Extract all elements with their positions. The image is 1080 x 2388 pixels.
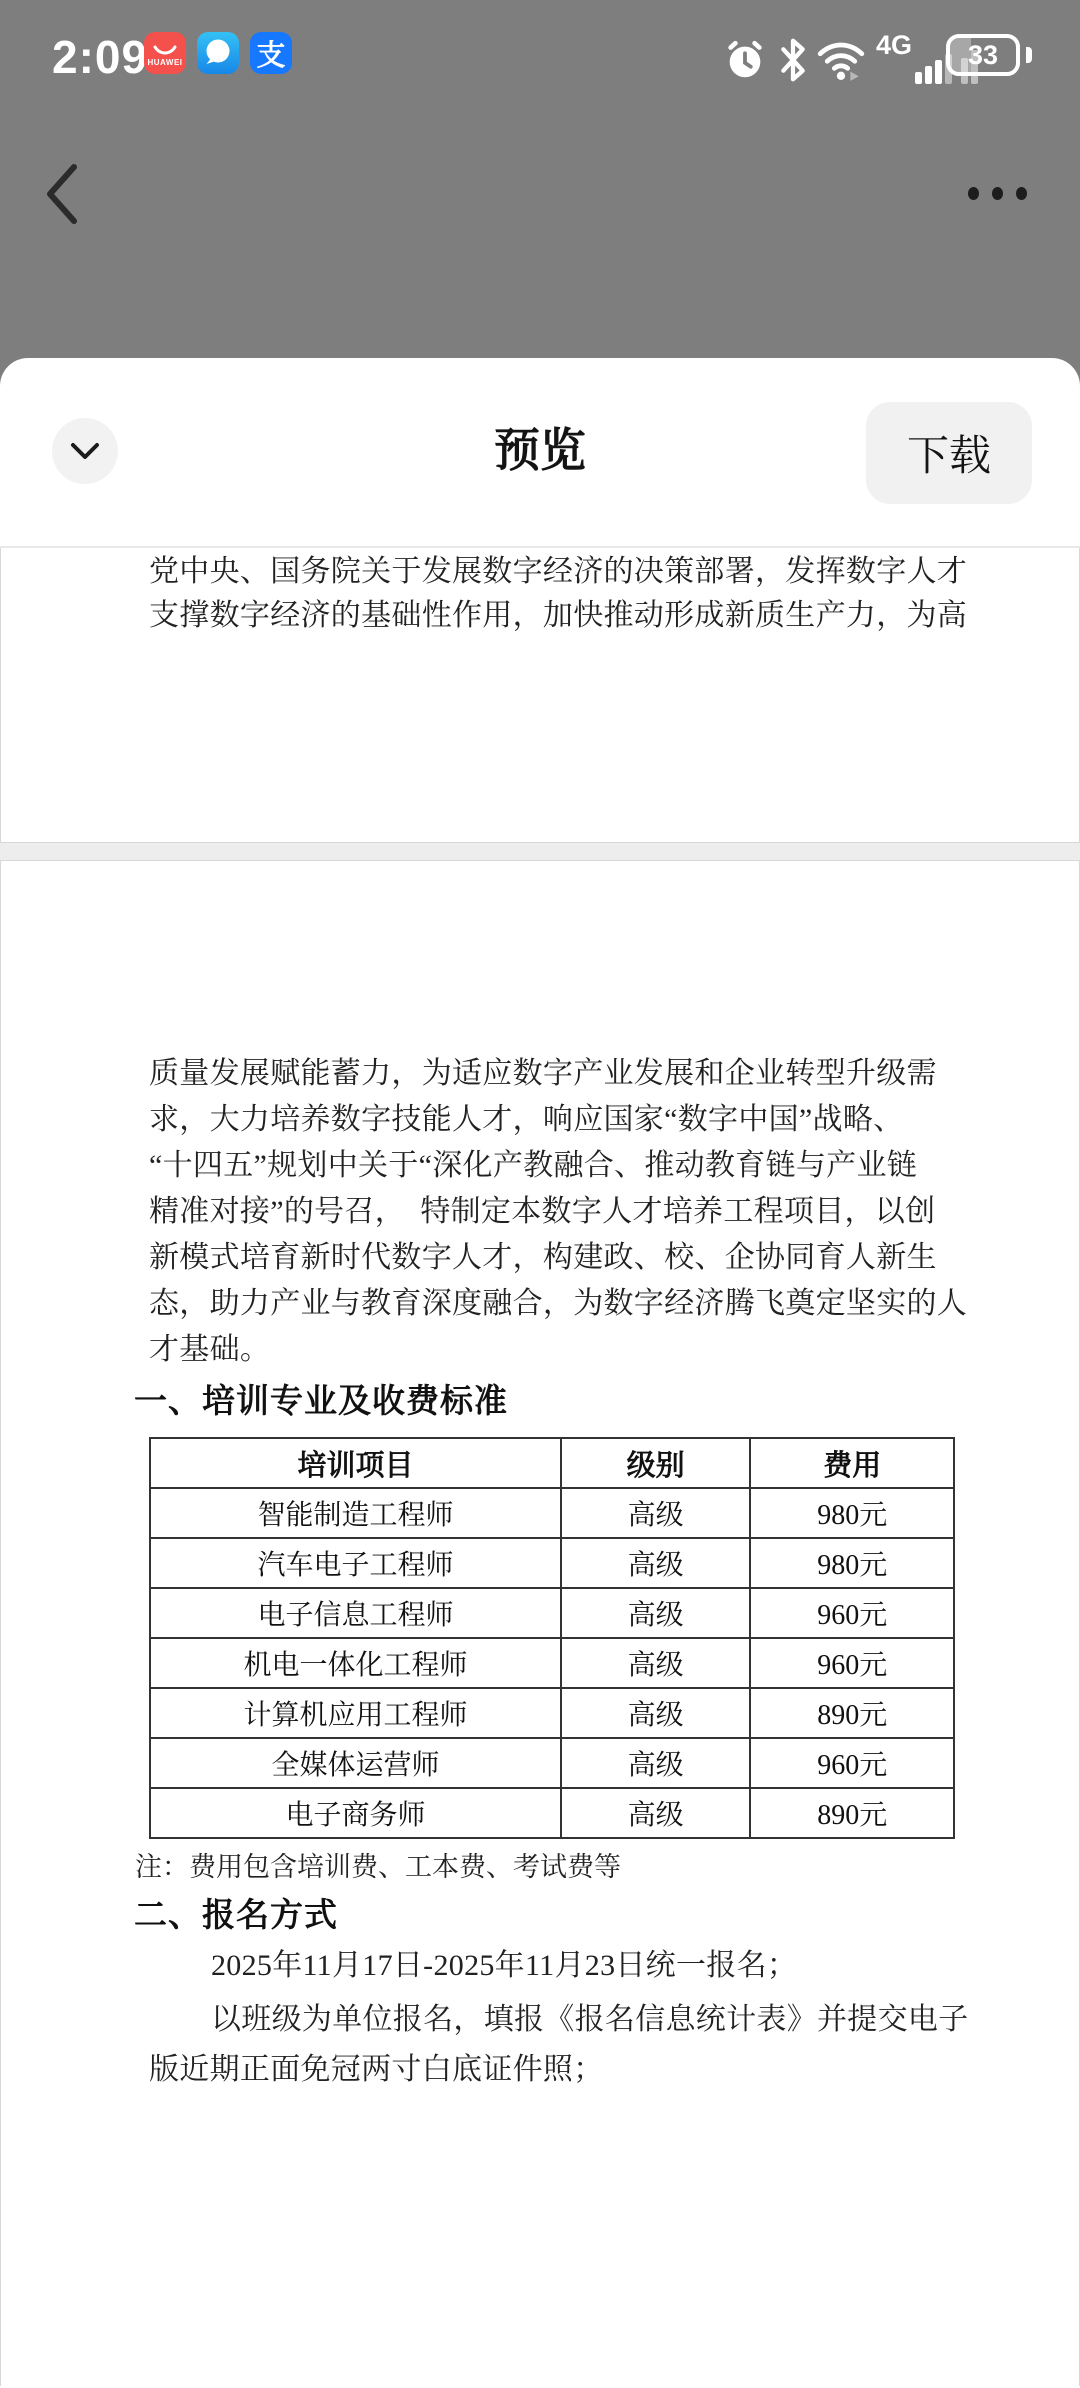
clock-time: 2:09 xyxy=(52,30,148,84)
back-button[interactable] xyxy=(40,162,84,226)
battery-nub xyxy=(1026,47,1032,63)
cell-level: 高级 xyxy=(561,1538,751,1588)
preview-panel: 预览 下载 党中央、国务院关于发展数字经济的决策部署，发挥数字人才 支撑数字经济… xyxy=(0,358,1080,2388)
doc-line: 新模式培育新时代数字人才，构建政、校、企协同育人新生 xyxy=(149,1235,1079,1281)
table-row: 汽车电子工程师 高级 980元 xyxy=(150,1538,954,1588)
cell-project: 机电一体化工程师 xyxy=(150,1638,561,1688)
doc-line: 精准对接”的号召， 特制定本数字人才培养工程项目，以创 xyxy=(149,1189,1079,1235)
table-row: 全媒体运营师 高级 960元 xyxy=(150,1738,954,1788)
table-header-row: 培训项目 级别 费用 xyxy=(150,1438,954,1488)
cell-level: 高级 xyxy=(561,1788,751,1838)
cell-fee: 890元 xyxy=(750,1788,954,1838)
huawei-appgallery-icon: HUAWEI xyxy=(144,32,186,74)
download-button[interactable]: 下载 xyxy=(866,402,1032,504)
screen: 2:09 HUAWEI 支 xyxy=(0,0,1080,2388)
col-header-project: 培训项目 xyxy=(150,1438,561,1488)
page-gap xyxy=(0,843,1080,860)
cell-fee: 960元 xyxy=(750,1638,954,1688)
cell-fee: 980元 xyxy=(750,1488,954,1538)
cell-project: 汽车电子工程师 xyxy=(150,1538,561,1588)
cell-project: 电子信息工程师 xyxy=(150,1588,561,1638)
cell-project: 计算机应用工程师 xyxy=(150,1688,561,1738)
back-chevron-icon xyxy=(40,162,84,226)
cell-fee: 890元 xyxy=(750,1688,954,1738)
huawei-label: HUAWEI xyxy=(148,58,183,67)
col-header-level: 级别 xyxy=(561,1438,751,1488)
doc-paragraph: 以班级为单位报名，填报《报名信息统计表》并提交电子 版近期正面免冠两寸白底证件照… xyxy=(1,1995,1079,2095)
more-dots-icon xyxy=(992,187,1003,200)
messages-icon xyxy=(197,32,239,74)
status-bar: 2:09 HUAWEI 支 xyxy=(0,28,1080,92)
doc-line: 党中央、国务院关于发展数字经济的决策部署，发挥数字人才 xyxy=(149,550,1079,594)
doc-line: 支撑数字经济的基础性作用，加快推动形成新质生产力，为高 xyxy=(149,594,1079,638)
table-row: 计算机应用工程师 高级 890元 xyxy=(150,1688,954,1738)
document-viewer[interactable]: 党中央、国务院关于发展数字经济的决策部署，发挥数字人才 支撑数字经济的基础性作用… xyxy=(0,548,1080,2386)
wifi-icon xyxy=(816,37,866,83)
table-row: 机电一体化工程师 高级 960元 xyxy=(150,1638,954,1688)
smile-arc-icon xyxy=(152,45,178,57)
doc-line: 求，大力培养数字技能人才，响应国家“数字中国”战略、 xyxy=(149,1097,1079,1143)
fees-table: 培训项目 级别 费用 智能制造工程师 高级 980元 汽车电子工程师 高级 98… xyxy=(149,1437,955,1839)
cell-fee: 960元 xyxy=(750,1738,954,1788)
table-row: 智能制造工程师 高级 980元 xyxy=(150,1488,954,1538)
alipay-icon: 支 xyxy=(250,32,292,74)
document-page-2: 质量发展赋能蓄力，为适应数字产业发展和企业转型升级需 求，大力培养数字技能人才，… xyxy=(0,860,1080,2386)
cell-level: 高级 xyxy=(561,1738,751,1788)
more-dots-icon xyxy=(968,187,979,200)
cell-project: 智能制造工程师 xyxy=(150,1488,561,1538)
cell-fee: 980元 xyxy=(750,1538,954,1588)
cell-project: 全媒体运营师 xyxy=(150,1738,561,1788)
more-button[interactable] xyxy=(968,178,1042,208)
bluetooth-icon xyxy=(778,35,808,85)
doc-line: 质量发展赋能蓄力，为适应数字产业发展和企业转型升级需 xyxy=(149,1051,1079,1097)
chat-bubble-icon xyxy=(197,32,239,74)
doc-line: 才基础。 xyxy=(149,1327,1079,1373)
more-dots-icon xyxy=(1016,187,1027,200)
alarm-icon xyxy=(722,37,768,83)
cell-fee: 960元 xyxy=(750,1588,954,1638)
cell-level: 高级 xyxy=(561,1638,751,1688)
table-row: 电子商务师 高级 890元 xyxy=(150,1788,954,1838)
battery-percent: 33 xyxy=(968,40,998,71)
nav-bar xyxy=(0,100,1080,280)
doc-paragraph: 2025年11月17日-2025年11月23日统一报名； xyxy=(211,1939,1079,1993)
doc-paragraph: 质量发展赋能蓄力，为适应数字产业发展和企业转型升级需 求，大力培养数字技能人才，… xyxy=(1,1051,1079,1373)
cell-level: 高级 xyxy=(561,1588,751,1638)
table-row: 电子信息工程师 高级 960元 xyxy=(150,1588,954,1638)
document-page-1: 党中央、国务院关于发展数字经济的决策部署，发挥数字人才 支撑数字经济的基础性作用… xyxy=(0,548,1080,843)
cell-project: 电子商务师 xyxy=(150,1788,561,1838)
alipay-glyph: 支 xyxy=(256,33,285,74)
cell-level: 高级 xyxy=(561,1488,751,1538)
panel-header: 预览 下载 xyxy=(0,358,1080,548)
table-note: 注：费用包含培训费、工本费、考试费等 xyxy=(135,1847,1079,1887)
doc-line: 态，助力产业与教育深度融合，为数字经济腾飞奠定坚实的人 xyxy=(149,1281,1079,1327)
doc-line: 以班级为单位报名，填报《报名信息统计表》并提交电子 xyxy=(211,1995,1079,2045)
doc-heading-1: 一、培训专业及收费标准 xyxy=(134,1379,1079,1423)
doc-line: “十四五”规划中关于“深化产教融合、推动教育链与产业链 xyxy=(149,1143,1079,1189)
doc-heading-2: 二、报名方式 xyxy=(134,1893,1079,1937)
signal-4g-label: 4G xyxy=(876,32,912,59)
doc-line: 版近期正面免冠两寸白底证件照； xyxy=(149,2045,1079,2095)
battery-icon: 33 xyxy=(946,34,1020,76)
col-header-fee: 费用 xyxy=(750,1438,954,1488)
cell-level: 高级 xyxy=(561,1688,751,1738)
